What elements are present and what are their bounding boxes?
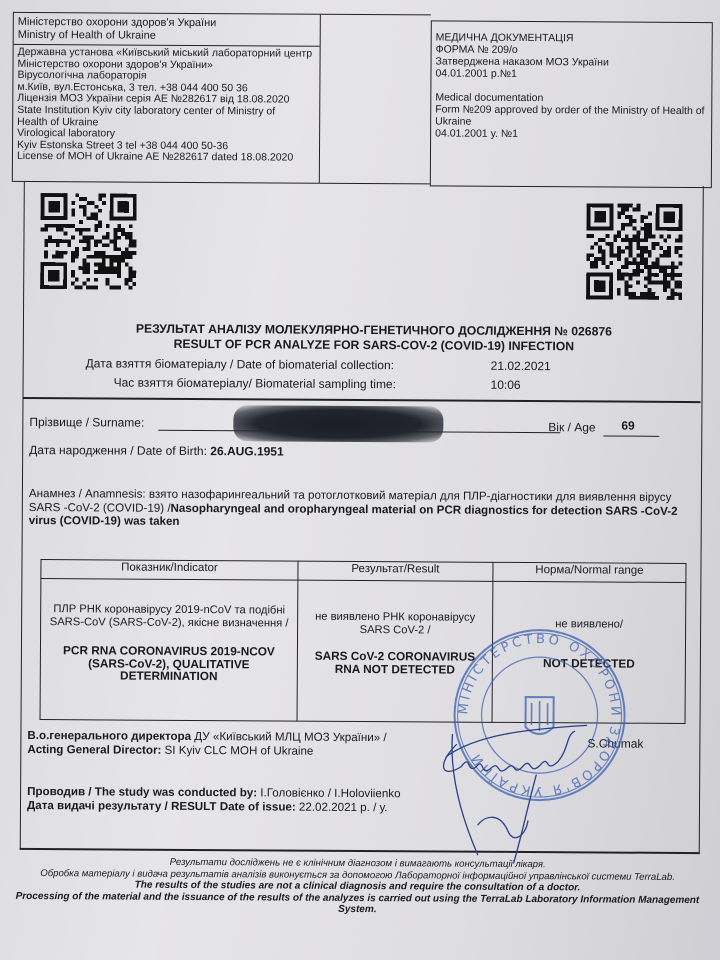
surname-label: Прізвище / Surname: [29,415,144,430]
normal-range-en: NOT DETECTED [499,656,679,670]
director-block: В.о.генерального директора ДУ «Київський… [27,729,386,759]
header-spacer-box [320,14,431,185]
form-line-en: Form №209 approved by order of the Minis… [435,103,707,117]
qr-code-right-icon [586,203,683,300]
column-header-indicator: Показник/Indicator [41,560,298,581]
director-org-en: SI Kyiv CLC MOH of Ukraine [161,744,313,758]
pcr-test-document: Міністерство охорони здоров'я України Mi… [0,0,720,960]
institution-line: License of MOH of Ukraine AE №282617 dat… [17,151,315,164]
age-label: Вік / Age [548,420,595,434]
indicator-en: PCR RNA CORONAVIRUS 2019-NCOV (SARS-CoV-… [47,644,291,683]
age-value: 69 [621,419,634,433]
director-name: S.Chumak [587,736,643,750]
collection-date-row: Дата взяття біоматеріалу / Date of bioma… [86,356,394,372]
form-info-box: МЕДИЧНА ДОКУМЕНТАЦІЯ ФОРМА № 209/о Затве… [430,20,713,188]
director-org-ua: ДУ «Київський МЛЦ МОЗ України» / [191,730,387,744]
dob-row: Дата народження / Date of Birth: 26.AUG.… [29,443,284,459]
sampling-time-value: 10:06 [491,378,521,392]
age-underline [603,435,659,436]
anamnesis: Анамнез / Anamnesis: взято назофарингеал… [29,487,694,532]
director-label-en: Acting General Director: [27,743,161,757]
table-row: ПЛР РНК коронавірусу 2019-nCoV та подібн… [40,579,686,724]
institution-header-box: Міністерство охорони здоров'я України Mi… [12,12,321,184]
collection-date-value: 21.02.2021 [491,359,551,373]
normal-range-cell: не виявлено/ NOT DETECTED [492,581,686,723]
form-line-ua: 04.01.2001 р.№1 [435,67,707,81]
anamnesis-label: Анамнез / Anamnesis: [29,487,146,501]
result-frame: РЕЗУЛЬТАТ АНАЛІЗУ МОЛЕКУЛЯРНО-ГЕНЕТИЧНОГ… [20,182,704,854]
title-en: RESULT OF PCR ANALYZE FOR SARS-COV-2 (CO… [34,336,714,354]
ministry-name-en: Ministry of Health of Ukraine [18,29,316,44]
result-cell: не виявлено РНК коронавірусу SARS CoV-2 … [297,580,493,722]
institution-details: Державна установа «Київський міський лаб… [13,45,320,167]
dob-label: Дата народження / Date of Birth: [29,443,207,458]
results-table: Показник/Indicator Результат/Result Норм… [40,559,687,724]
signature-icon [416,704,607,865]
conducted-block: Проводив / The study was conducted by: І… [27,785,401,815]
normal-range-ua: не виявлено/ [499,618,679,632]
disclaimer-en-2: Processing of the material and the issua… [7,890,707,917]
issue-date-value: 22.02.2021 р. / у. [296,801,388,815]
indicator-cell: ПЛР РНК коронавірусу 2019-nCoV та подібн… [40,579,298,722]
result-ua: не виявлено РНК коронавірусу SARS CoV-2 … [304,611,486,637]
conducted-value: І.Головієнко / I.Holoviienko [257,786,401,800]
disclaimer-footer: Результати досліджень не є клінічним діа… [7,856,707,918]
dob-value: 26.AUG.1951 [210,444,283,458]
result-en: SARS CoV-2 CORONAVIRUS RNA NOT DETECTED [304,650,486,676]
qr-code-left-icon [40,193,137,290]
column-header-result: Результат/Result [298,561,493,581]
indicator-ua: ПЛР РНК коронавірусу 2019-nCoV та подібн… [47,603,291,629]
form-line-en: 04.01.2001 y. №1 [435,127,707,141]
redaction-blur [233,405,443,442]
conducted-label: Проводив / The study was conducted by: [27,785,257,799]
director-label-ua: В.о.генерального директора [27,729,191,743]
sampling-time-row: Час взяття біоматеріалу/ Biomaterial sam… [114,375,396,391]
divider [23,397,700,403]
collection-date-label: Дата взяття біоматеріалу / Date of bioma… [86,356,394,372]
sampling-time-label: Час взяття біоматеріалу/ Biomaterial sam… [114,375,396,391]
issue-date-label: Дата видачі результату / RESULT Date of … [27,799,296,814]
column-header-normal-range: Норма/Normal range [493,562,686,582]
